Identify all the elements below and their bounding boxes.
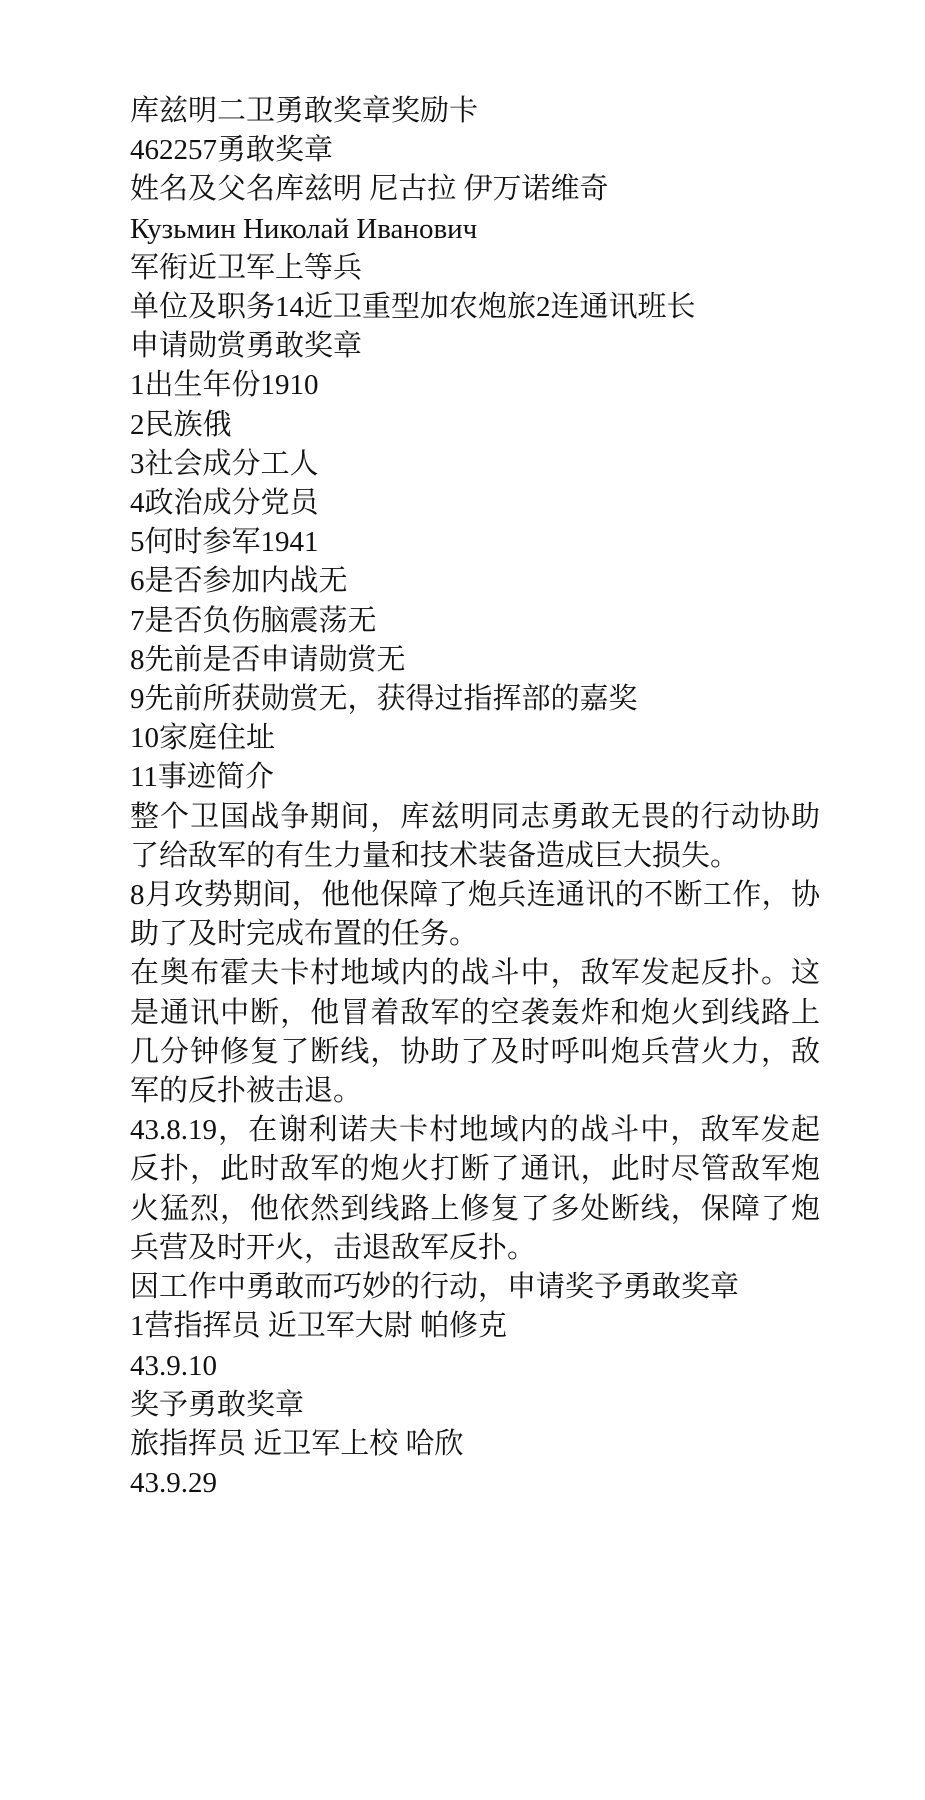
field-civil-war: 6是否参加内战无 (130, 562, 820, 601)
narrative-paragraph: 整个卫国战争期间，库兹明同志勇敢无畏的行动协助了给敌军的有生力量和技术装备造成巨… (130, 798, 820, 876)
field-home-address: 10家庭住址 (130, 719, 820, 758)
field-social-status: 3社会成分工人 (130, 445, 820, 484)
field-wounds: 7是否负伤脑震荡无 (130, 602, 820, 641)
battalion-commander-signature: 1营指挥员 近卫军大尉 帕修克 (130, 1307, 820, 1346)
field-nationality: 2民族俄 (130, 406, 820, 445)
field-previous-nomination: 8先前是否申请勋赏无 (130, 641, 820, 680)
award-number: 462257勇敢奖章 (130, 131, 820, 170)
field-previous-awards: 9先前所获勋赏无，获得过指挥部的嘉奖 (130, 680, 820, 719)
brigade-commander-date: 43.9.29 (130, 1464, 820, 1503)
narrative-paragraph: 在奥布霍夫卡村地域内的战斗中，敌军发起反扑。这是通讯中断，他冒着敌军的空袭轰炸和… (130, 954, 820, 1111)
field-party: 4政治成分党员 (130, 484, 820, 523)
field-birth-year: 1出生年份1910 (130, 366, 820, 405)
award-card-document: 库兹明二卫勇敢奖章奖励卡 462257勇敢奖章 姓名及父名库兹明 尼古拉 伊万诺… (130, 92, 820, 1503)
name-russian: Кузьмин Николай Иванович (130, 210, 820, 249)
narrative-paragraph: 因工作中勇敢而巧妙的行动，申请奖予勇敢奖章 (130, 1268, 820, 1307)
field-summary-heading: 11事迹简介 (130, 758, 820, 797)
field-enlist-year: 5何时参军1941 (130, 523, 820, 562)
narrative-paragraph: 43.8.19，在谢利诺夫卡村地域内的战斗中，敌军发起反扑，此时敌军的炮火打断了… (130, 1111, 820, 1268)
brigade-commander-signature: 旅指挥员 近卫军上校 哈欣 (130, 1425, 820, 1464)
document-title: 库兹明二卫勇敢奖章奖励卡 (130, 92, 820, 131)
requested-award-field: 申请勋赏勇敢奖章 (130, 327, 820, 366)
award-decision: 奖予勇敢奖章 (130, 1386, 820, 1425)
name-field: 姓名及父名库兹明 尼古拉 伊万诺维奇 (130, 170, 820, 209)
narrative-paragraph: 8月攻势期间，他他保障了炮兵连通讯的不断工作，协助了及时完成布置的任务。 (130, 876, 820, 954)
rank-field: 军衔近卫军上等兵 (130, 249, 820, 288)
unit-field: 单位及职务14近卫重型加农炮旅2连通讯班长 (130, 288, 820, 327)
battalion-commander-date: 43.9.10 (130, 1347, 820, 1386)
